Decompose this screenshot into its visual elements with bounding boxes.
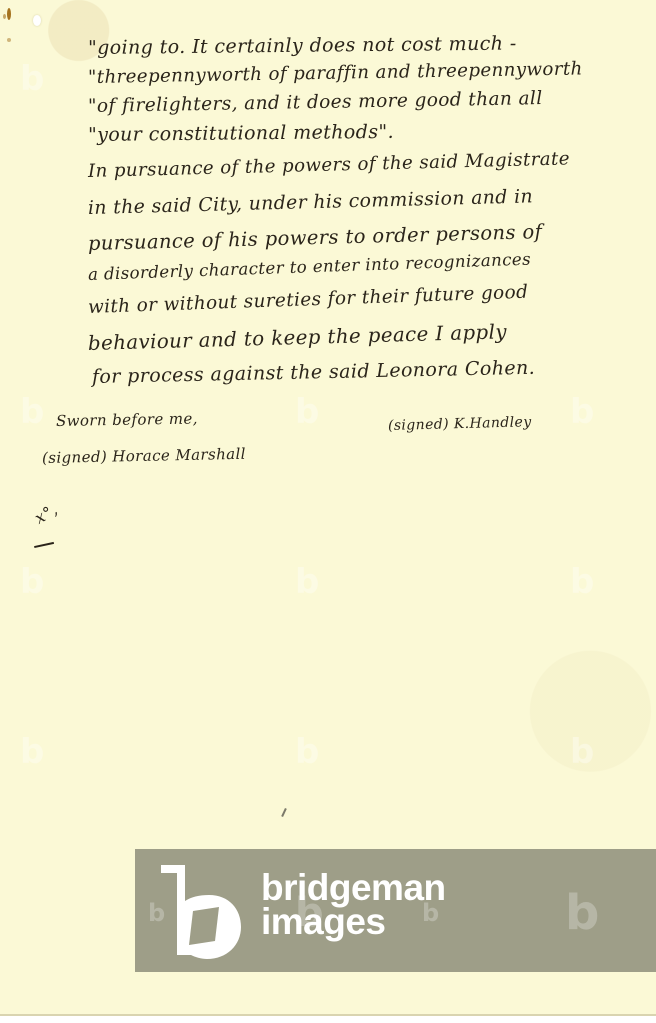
handwritten-line: a disorderly character to enter into rec…: [88, 250, 532, 284]
brand-line-2: images: [261, 905, 446, 939]
pencil-mark: [281, 808, 287, 817]
bridgeman-watermark-banner: b b b b bridgeman images: [135, 849, 656, 972]
watermark-tile: b: [295, 395, 319, 429]
watermark-tile: b: [20, 735, 44, 769]
watermark-tile: b: [295, 735, 319, 769]
ink-stain: [7, 38, 11, 42]
bridgeman-logo-icon: [161, 865, 241, 959]
handwritten-line: in the said City, under his commission a…: [88, 186, 534, 219]
ink-stain: [7, 8, 11, 20]
handwritten-line: In pursuance of the powers of the said M…: [88, 148, 570, 182]
watermark-tile: b: [565, 889, 599, 937]
handwritten-line: for process against the said Leonora Coh…: [92, 357, 536, 388]
sworn-before-text: Sworn before me,: [56, 410, 198, 430]
margin-underline: [34, 542, 54, 548]
margin-note: x°,: [31, 500, 61, 528]
handwritten-line: "of firelighters, and it does more good …: [88, 88, 543, 117]
deponent-signature: (signed) K.Handley: [388, 414, 532, 434]
ink-stain: [3, 14, 6, 19]
handwritten-line: with or without sureties for their futur…: [88, 282, 529, 318]
watermark-tile: b: [570, 395, 594, 429]
paper-bottom-edge: [0, 1014, 656, 1016]
watermark-tile: b: [20, 395, 44, 429]
handwritten-line: "threepennyworth of paraffin and threepe…: [88, 58, 583, 88]
watermark-tile: b: [20, 62, 44, 96]
bridgeman-wordmark: bridgeman images: [261, 871, 446, 939]
watermark-tile: b: [20, 565, 44, 599]
watermark-tile: b: [295, 565, 319, 599]
punch-hole: [33, 15, 41, 26]
handwritten-line: "your constitutional methods".: [88, 121, 394, 146]
magistrate-signature: (signed) Horace Marshall: [42, 445, 246, 467]
watermark-tile: b: [570, 565, 594, 599]
handwritten-line: pursuance of his powers to order persons…: [88, 220, 543, 255]
watermark-tile: b: [570, 735, 594, 769]
handwritten-line: "going to. It certainly does not cost mu…: [88, 33, 517, 59]
brand-line-1: bridgeman: [261, 871, 446, 905]
handwritten-line: behaviour and to keep the peace I apply: [88, 320, 508, 355]
